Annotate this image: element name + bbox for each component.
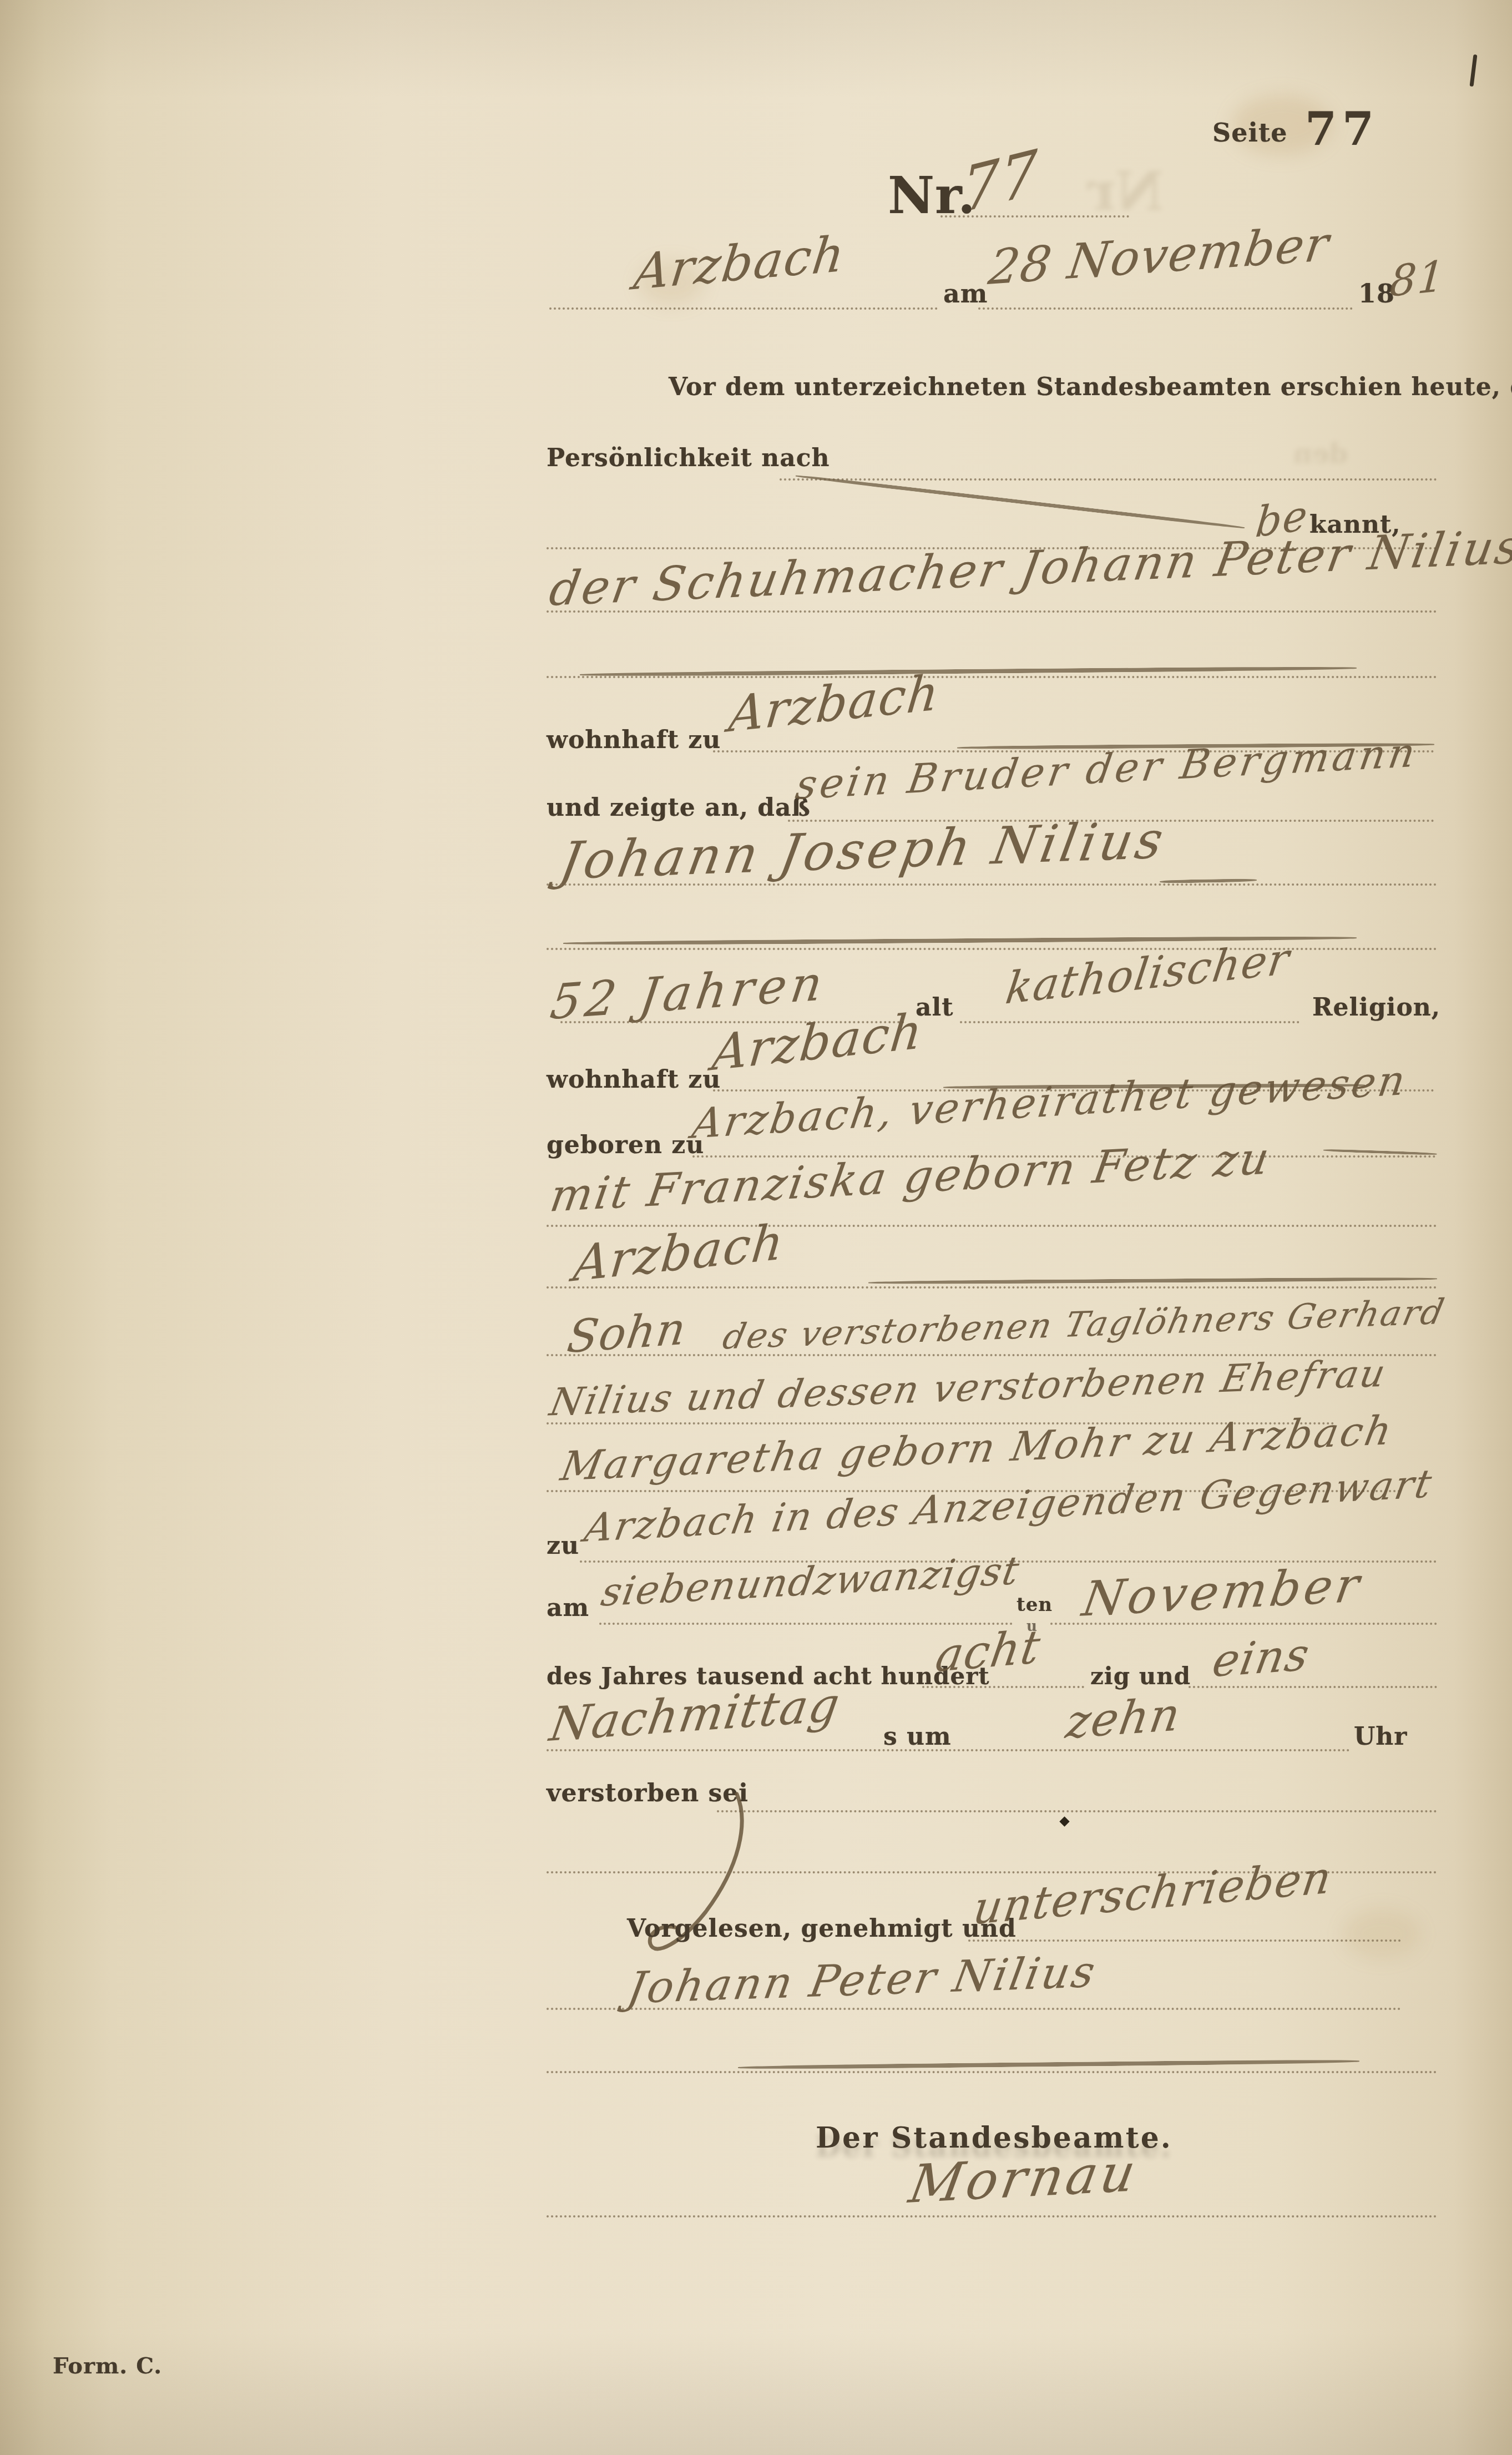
- ink-dot: [1059, 1816, 1069, 1826]
- uhr-label: Uhr: [1354, 1722, 1408, 1751]
- deceased-name-script: Johann Joseph Nilius: [555, 810, 1171, 891]
- ink-stroke-blank: [795, 474, 1245, 530]
- record-number-script: 77: [963, 137, 1039, 227]
- dotted-rule: [940, 215, 1129, 218]
- date-script: 28 November: [985, 216, 1333, 296]
- report-label: und zeigte an, daß: [547, 794, 811, 822]
- bleedthrough-ghost: Nr: [1088, 161, 1164, 223]
- dotted-rule: [547, 676, 1437, 678]
- closing-printed: Vorgelesen, genehmigt und: [627, 1915, 1017, 1943]
- religion-script: katholischer: [1003, 933, 1293, 1014]
- father1-script: des verstorbenen Taglöhners Gerhard: [719, 1291, 1449, 1357]
- dotted-rule: [547, 883, 1437, 886]
- dotted-rule: [780, 478, 1437, 481]
- dotted-rule: [922, 1686, 1084, 1688]
- dotted-rule: [599, 1623, 1013, 1625]
- residence-label: wohnhaft zu: [547, 726, 721, 754]
- dotted-rule: [1050, 1623, 1437, 1625]
- register-page: Nr den Seite 77 Nr. 77 Arzbach am 28 Nov…: [0, 0, 1512, 2455]
- hour-script: zehn: [1063, 1688, 1185, 1750]
- dotted-rule: [1189, 1686, 1437, 1688]
- dotted-rule: [547, 2215, 1437, 2217]
- identity-label: Persönlichkeit nach: [547, 444, 830, 472]
- year-script: 81: [1388, 250, 1447, 306]
- dotted-rule: [547, 610, 1437, 613]
- religion-label: Religion,: [1312, 993, 1440, 1022]
- birth-label: geboren zu: [547, 1131, 704, 1159]
- dotted-rule: [547, 2071, 1437, 2073]
- dotted-rule: [978, 307, 1353, 310]
- am-label: am: [943, 279, 988, 309]
- corner-pen-mark: [1469, 54, 1477, 87]
- ink-stroke-blank: [580, 666, 1357, 677]
- dotted-rule: [549, 307, 938, 310]
- dotted-rule: [547, 948, 1437, 950]
- bleedthrough-ghost: den: [1293, 438, 1348, 469]
- zig-und-label: zig und: [1090, 1663, 1191, 1690]
- place-script: Arzbach: [631, 225, 848, 301]
- death-day-script: siebenundzwanzigst: [598, 1548, 1023, 1615]
- page-number-label: Seite: [1212, 118, 1287, 148]
- year-ones-script: eins: [1208, 1628, 1314, 1687]
- registrar-signature: Mornau: [905, 2142, 1144, 2215]
- closing-script: unterschrieben: [970, 1851, 1336, 1935]
- dotted-rule: [547, 1749, 1350, 1751]
- ink-stroke-blank: [738, 2059, 1359, 2070]
- paper-stain: [1343, 1909, 1420, 1959]
- s-um-label: s um: [883, 1722, 952, 1751]
- dotted-rule: [960, 1021, 1299, 1023]
- page-number: 77: [1305, 103, 1379, 156]
- report-script: sein Bruder der Bergmann: [793, 729, 1422, 809]
- dotted-rule: [547, 2008, 1401, 2010]
- ink-stroke-blank: [868, 1277, 1437, 1285]
- ink-stroke-blank: [1160, 878, 1257, 883]
- zu-label: zu: [547, 1532, 579, 1560]
- death-month-script: November: [1079, 1557, 1366, 1628]
- dotted-rule: [717, 1810, 1437, 1812]
- declarant-script: der Schuhmacher Johann Peter Nilius: [545, 519, 1512, 617]
- ink-stroke-blank: [1323, 1149, 1437, 1155]
- intro-printed: Vor dem unterzeichneten Standesbeamten e…: [669, 373, 1512, 401]
- am2-label: am: [547, 1594, 589, 1622]
- ten-suffix-label: ten: [1017, 1594, 1053, 1616]
- form-code: Form. C.: [53, 2353, 162, 2379]
- residence2-label: wohnhaft zu: [547, 1065, 721, 1094]
- year-tens-script: acht: [932, 1620, 1045, 1683]
- dotted-rule: [968, 1939, 1401, 1942]
- dotted-rule: [547, 1286, 1437, 1289]
